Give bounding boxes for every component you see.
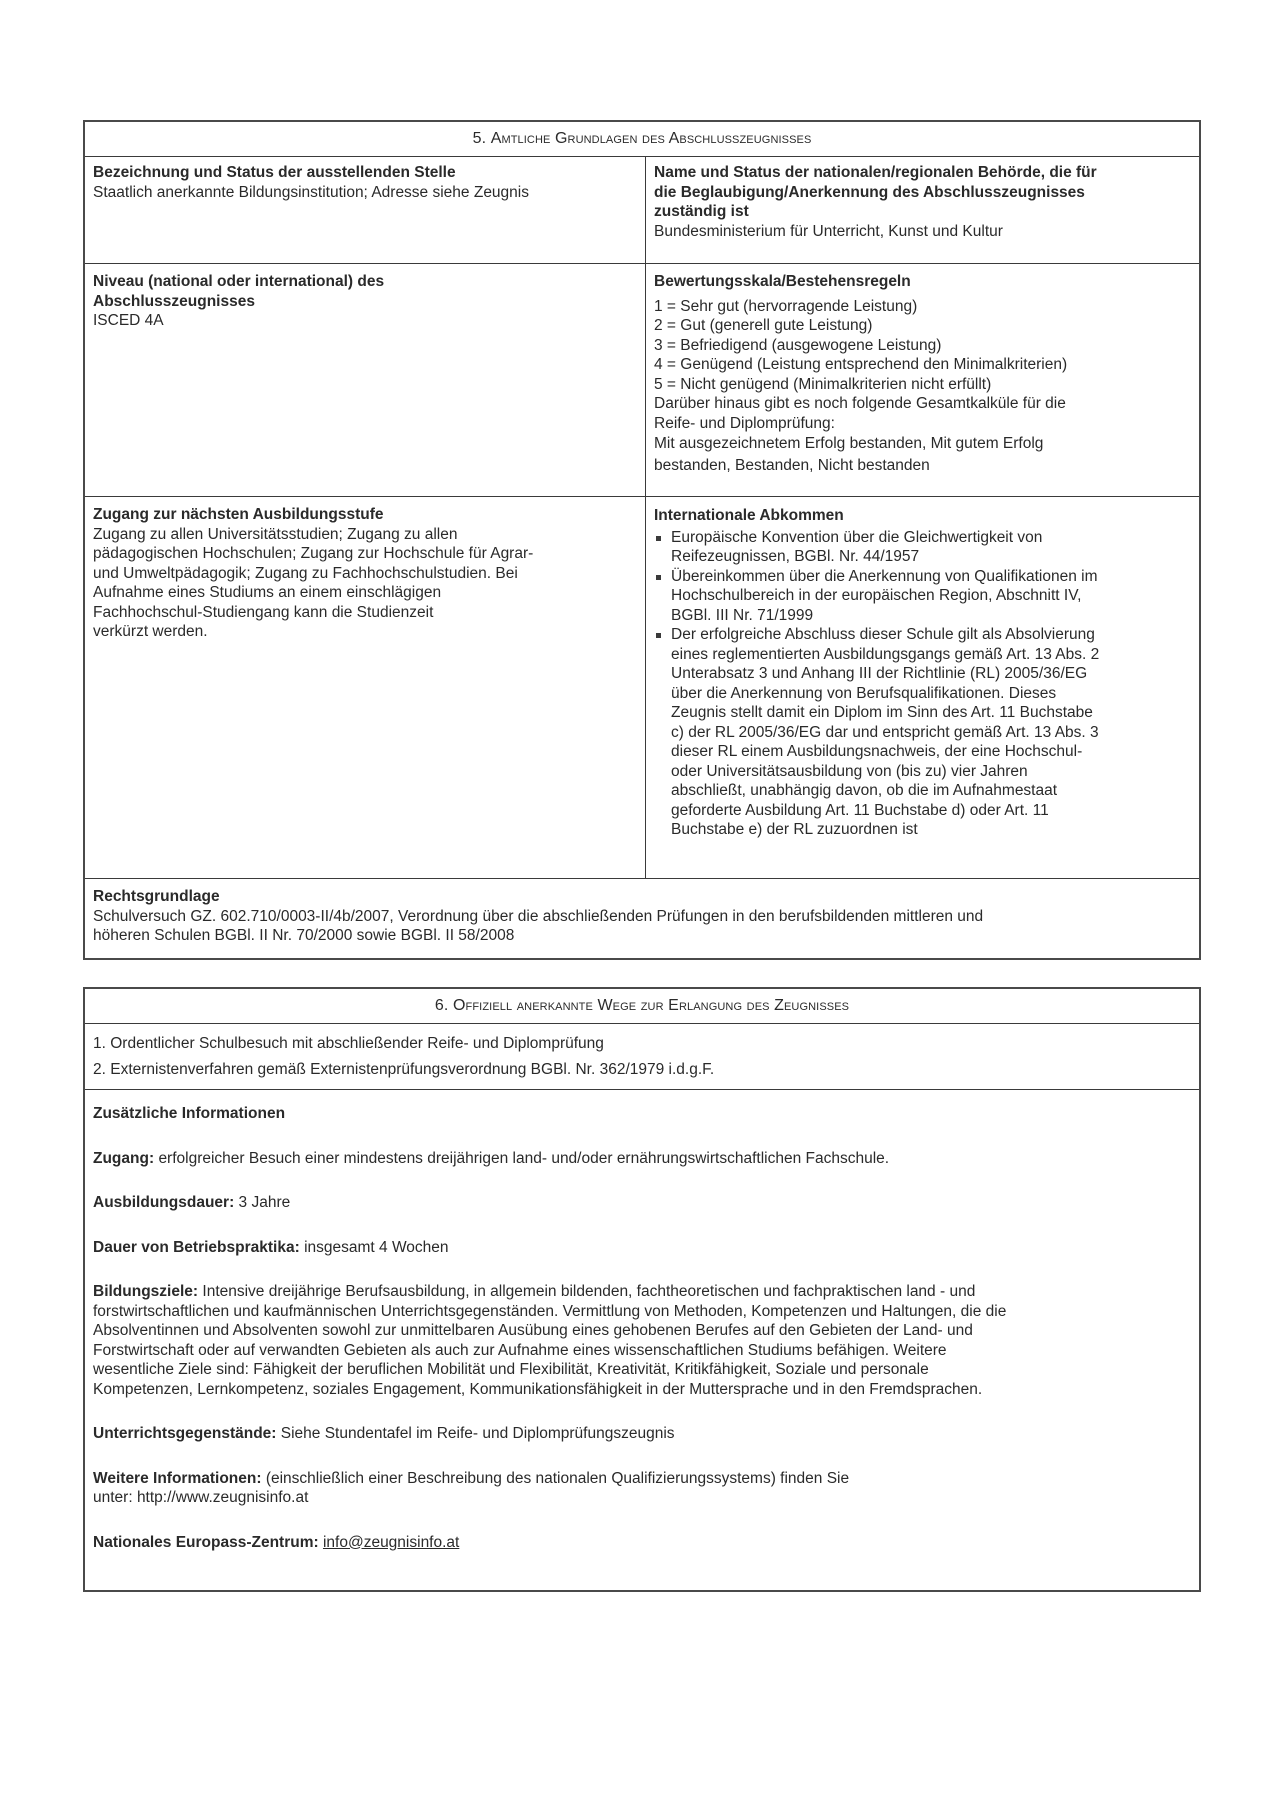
info-value: Siehe Stundentafel im Reife- und Diplomp… [281,1425,675,1442]
info-label: Bildungsziele: [93,1283,198,1300]
section-5-title: 5. Amtliche Grundlagen des Abschlusszeug… [85,122,1199,157]
agreement-text: geforderte Ausbildung Art. 11 Buchstabe … [671,801,1191,821]
info-entry-subjects: Unterrichtsgegenstände: Siehe Stundentaf… [93,1424,1191,1444]
info-value: Intensive dreijährige Berufsausbildung, … [202,1283,975,1300]
agreement-text: Unterabsatz 3 und Anhang III der Richtli… [671,664,1191,684]
issuing-body-heading: Bezeichnung und Status der ausstellenden… [93,163,637,183]
section-5-number: 5. [473,130,487,148]
agreement-text: Hochschulbereich in der europäischen Reg… [671,586,1191,606]
level-cell: Niveau (national oder international) des… [85,264,646,496]
info-value: 3 Jahre [239,1194,291,1211]
legal-basis-block: Rechtsgrundlage Schulversuch GZ. 602.710… [85,879,1199,949]
grade-3: 3 = Befriedigend (ausgewogene Leistung) [654,336,1191,356]
section-5-table: 5. Amtliche Grundlagen des Abschlusszeug… [83,120,1201,960]
access-agreements-row: Zugang zur nächsten Ausbildungsstufe Zug… [85,497,1199,879]
level-value: ISCED 4A [93,311,637,331]
access-cell: Zugang zur nächsten Ausbildungsstufe Zug… [85,497,646,878]
issuing-body-cell: Bezeichnung und Status der ausstellenden… [85,157,646,263]
section-6-number: 6. [435,997,449,1015]
info-link-url[interactable]: unter: http://www.zeugnisinfo.at [93,1488,1191,1508]
info-value: forstwirtschaftlichen und kaufmännischen… [93,1302,1191,1322]
info-entry-internship: Dauer von Betriebspraktika: insgesamt 4 … [93,1238,1191,1258]
agreement-item: Der erfolgreiche Abschluss dieser Schule… [654,625,1191,840]
access-heading: Zugang zur nächsten Ausbildungsstufe [93,505,637,525]
access-text: Zugang zu allen Universitätsstudien; Zug… [93,525,637,545]
authority-value: Bundesministerium für Unterricht, Kunst … [654,222,1191,242]
access-text: pädagogischen Hochschulen; Zugang zur Ho… [93,544,637,564]
agreement-text: Europäische Konvention über die Gleichwe… [671,528,1191,548]
info-value: insgesamt 4 Wochen [304,1239,448,1256]
info-value: Forstwirtschaft oder auf verwandten Gebi… [93,1341,1191,1361]
grading-cell: Bewertungsskala/Bestehensregeln 1 = Sehr… [646,264,1199,496]
info-label: Weitere Informationen: [93,1470,262,1487]
agreements-heading: Internationale Abkommen [654,506,1191,526]
access-text: Aufnahme eines Studiums an einem einschl… [93,583,637,603]
info-entry-europass: Nationales Europass-Zentrum: info@zeugni… [93,1533,1191,1553]
info-label: Dauer von Betriebspraktika: [93,1239,300,1256]
issuing-body-value: Staatlich anerkannte Bildungsinstitution… [93,183,637,203]
agreement-text: c) der RL 2005/36/EG dar und entspricht … [671,723,1191,743]
info-value: (einschließlich einer Beschreibung des n… [266,1470,849,1487]
info-label: Ausbildungsdauer: [93,1194,234,1211]
agreement-text: eines reglementierten Ausbildungsgangs g… [671,645,1191,665]
agreement-item: Übereinkommen über die Anerkennung von Q… [654,567,1191,626]
section-6-table: 6. Offiziell anerkannte Wege zur Erlangu… [83,987,1201,1592]
info-entry-access: Zugang: erfolgreicher Besuch einer minde… [93,1149,1191,1169]
access-text: verkürzt werden. [93,622,637,642]
additional-info-block: Zusätzliche Informationen Zugang: erfolg… [85,1090,1199,1552]
info-entry-duration: Ausbildungsdauer: 3 Jahre [93,1193,1191,1213]
europass-email-link[interactable]: info@zeugnisinfo.at [323,1534,459,1551]
overall-grades-text: Mit ausgezeichnetem Erfolg bestanden, Mi… [654,433,1191,454]
info-label: Nationales Europass-Zentrum: [93,1534,319,1551]
info-label: Unterrichtsgegenstände: [93,1425,276,1442]
level-heading: Niveau (national oder international) des [93,272,637,292]
agreement-text: BGBl. III Nr. 71/1999 [671,606,1191,626]
info-value: wesentliche Ziele sind: Fähigkeit der be… [93,1360,1191,1380]
grading-heading: Bewertungsskala/Bestehensregeln [654,272,1191,292]
legal-basis-text: höheren Schulen BGBl. II Nr. 70/2000 sow… [93,926,1191,946]
agreement-text: abschließt, unabhängig davon, ob die im … [671,781,1191,801]
agreement-text: über die Anerkennung von Berufsqualifika… [671,684,1191,704]
section-6-title-text: Offiziell anerkannte Wege zur Erlangung … [453,997,849,1015]
agreement-text: dieser RL einem Ausbildungsnachweis, der… [671,742,1191,762]
info-entry-goals: Bildungsziele: Intensive dreijährige Ber… [93,1282,1191,1399]
authority-heading: Name und Status der nationalen/regionale… [654,163,1191,183]
issuing-body-row: Bezeichnung und Status der ausstellenden… [85,157,1199,264]
section-6-title: 6. Offiziell anerkannte Wege zur Erlangu… [85,989,1199,1024]
agreement-text: Übereinkommen über die Anerkennung von Q… [671,567,1191,587]
legal-basis-text: Schulversuch GZ. 602.710/0003-II/4b/2007… [93,907,1191,927]
access-text: und Umweltpädagogik; Zugang zu Fachhochs… [93,564,637,584]
info-label: Zugang: [93,1150,154,1167]
agreement-item: Europäische Konvention über die Gleichwe… [654,528,1191,567]
agreement-text: oder Universitätsausbildung von (bis zu)… [671,762,1191,782]
agreement-text: Zeugnis stellt damit ein Diplom im Sinn … [671,703,1191,723]
authority-cell: Name und Status der nationalen/regionale… [646,157,1199,263]
overall-grades-text: Darüber hinaus gibt es noch folgende Ges… [654,394,1191,414]
official-path-item: 1. Ordentlicher Schulbesuch mit abschlie… [93,1031,1191,1057]
agreements-list: Europäische Konvention über die Gleichwe… [654,528,1191,840]
official-path-item: 2. Externistenverfahren gemäß Externiste… [93,1057,1191,1083]
legal-basis-heading: Rechtsgrundlage [93,887,1191,907]
overall-grades-text: bestanden, Bestanden, Nicht bestanden [654,454,1191,477]
overall-grades-text: Reife- und Diplomprüfung: [654,414,1191,434]
grade-2: 2 = Gut (generell gute Leistung) [654,316,1191,336]
info-value: Kompetenzen, Lernkompetenz, soziales Eng… [93,1380,1191,1400]
agreement-text: Reifezeugnissen, BGBl. Nr. 44/1957 [671,547,1191,567]
authority-heading: zuständig ist [654,202,1191,222]
grade-4: 4 = Genügend (Leistung entsprechend den … [654,355,1191,375]
section-5-title-text: Amtliche Grundlagen des Abschlusszeugnis… [491,130,812,148]
info-value: Absolventinnen und Absolventen sowohl zu… [93,1321,1191,1341]
agreement-text: Der erfolgreiche Abschluss dieser Schule… [671,625,1191,645]
agreements-cell: Internationale Abkommen Europäische Konv… [646,497,1199,878]
authority-heading: die Beglaubigung/Anerkennung des Abschlu… [654,183,1191,203]
additional-info-heading: Zusätzliche Informationen [93,1105,285,1122]
official-paths-list: 1. Ordentlicher Schulbesuch mit abschlie… [85,1024,1199,1090]
grade-1: 1 = Sehr gut (hervorragende Leistung) [654,297,1191,317]
info-value: erfolgreicher Besuch einer mindestens dr… [158,1150,889,1167]
grade-5: 5 = Nicht genügend (Minimalkriterien nic… [654,375,1191,395]
level-heading: Abschlusszeugnisses [93,292,637,312]
agreement-text: Buchstabe e) der RL zuzuordnen ist [671,820,1191,840]
level-grading-row: Niveau (national oder international) des… [85,264,1199,497]
info-entry-further: Weitere Informationen: (einschließlich e… [93,1469,1191,1508]
access-text: Fachhochschul-Studiengang kann die Studi… [93,603,637,623]
